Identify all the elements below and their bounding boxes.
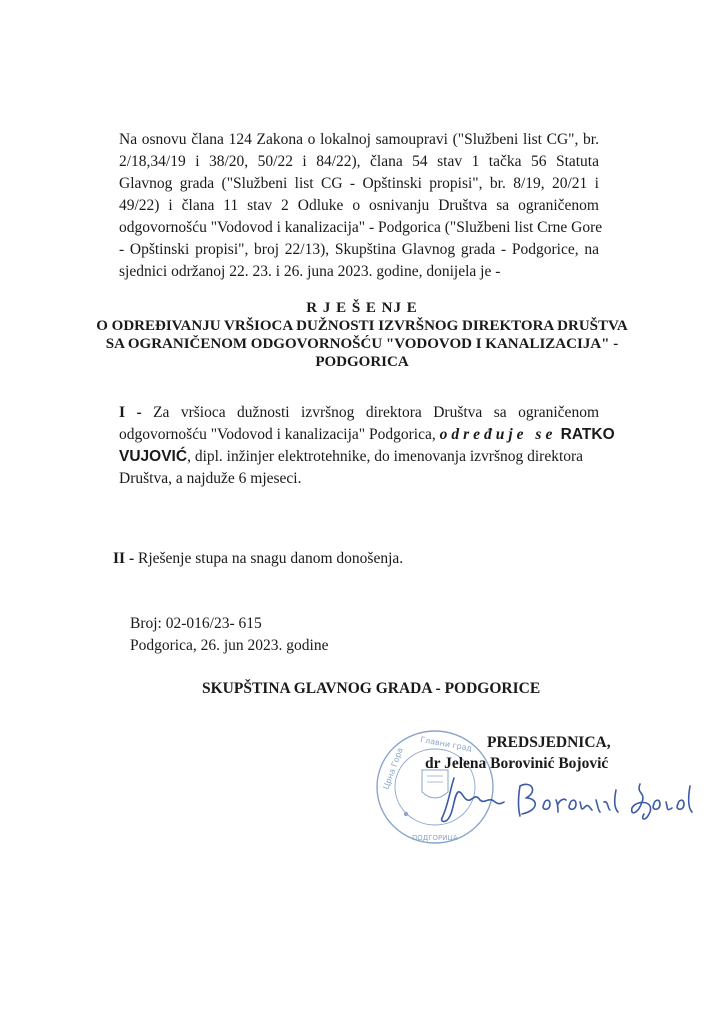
section-2-numeral: II - <box>113 550 134 567</box>
appointee-first-name: RATKO <box>556 426 614 443</box>
document-subtitle-line: O ODREĐIVANJU VRŠIOCA DUŽNOSTI IZVRŠNOG … <box>0 318 724 335</box>
preamble-line: - Opštinski propisi", broj 22/13), Skupš… <box>119 240 599 260</box>
signature-icon <box>440 770 710 830</box>
preamble-line: sjednici održanoj 22. 23. i 26. juna 202… <box>119 262 500 282</box>
document-subtitle-line: PODGORICA <box>0 354 724 371</box>
section-1-text: , dipl. inžinjer elektrotehnike, do imen… <box>187 448 583 465</box>
section-1-line: odgovornošću "Vodovod i kanalizacija" Po… <box>119 425 615 445</box>
section-1-text: Za vršioca dužnosti izvršnog direktora D… <box>153 404 599 421</box>
preamble-line: Na osnovu člana 124 Zakona o lokalnoj sa… <box>119 130 599 150</box>
section-2: II - Rješenje stupa na snagu danom donoš… <box>113 549 403 569</box>
section-2-text: Rješenje stupa na snagu danom donošenja. <box>138 550 403 567</box>
section-1-emphasis: određuje se <box>440 426 557 443</box>
svg-text:ПОДГОРИЦА: ПОДГОРИЦА <box>412 834 458 842</box>
signatory-role: PREDSJEDNICA, <box>487 733 611 753</box>
section-1-line: VUJOVIĆ, dipl. inžinjer elektrotehnike, … <box>119 447 583 467</box>
preamble-line: 49/22) i člana 11 stav 2 Odluke o osniva… <box>119 196 599 216</box>
appointee-last-name: VUJOVIĆ <box>119 448 187 465</box>
reference-number: Broj: 02-016/23- 615 <box>130 614 262 634</box>
preamble-line: odgovornošću "Vodovod i kanalizacija" - … <box>119 218 599 238</box>
section-1-line: Društva, a najduže 6 mjeseci. <box>119 469 302 489</box>
section-1-text: odgovornošću "Vodovod i kanalizacija" Po… <box>119 426 440 443</box>
document-subtitle-line: SA OGRANIČENOM ODGOVORNOŠĆU "VODOVOD I K… <box>0 336 724 353</box>
preamble-line: 2/18,34/19 i 38/20, 50/22 i 84/22), član… <box>119 152 599 172</box>
document-heading: R J E Š E NJ E <box>0 300 724 317</box>
section-1-numeral: I - <box>119 404 142 421</box>
svg-text:Црна Гора: Црна Гора <box>381 746 404 790</box>
issuer-name: SKUPŠTINA GLAVNOG GRADA - PODGORICE <box>202 679 540 699</box>
preamble-line: Glavnog grada ("Službeni list CG - Opšti… <box>119 174 599 194</box>
reference-place-date: Podgorica, 26. jun 2023. godine <box>130 636 328 656</box>
section-1-line: I - Za vršioca dužnosti izvršnog direkto… <box>119 403 599 423</box>
